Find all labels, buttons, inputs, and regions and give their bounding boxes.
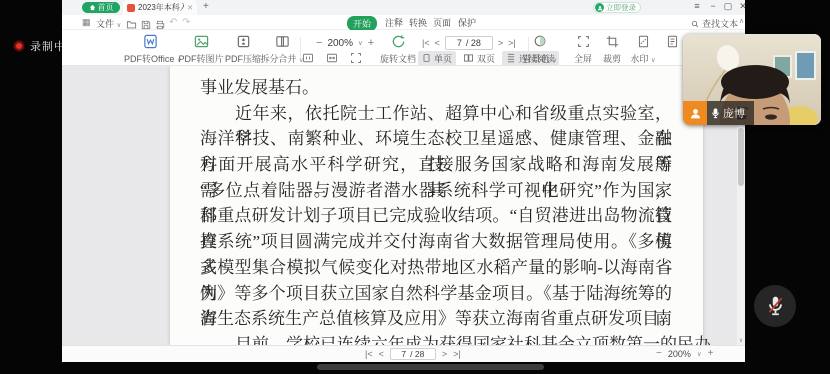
home-icon	[89, 4, 96, 11]
actual-size-icon[interactable]	[302, 52, 314, 64]
recording-dot-icon	[14, 41, 24, 51]
ribbon-tab-page[interactable]: 页面	[433, 16, 451, 29]
text-line: 多模型集合模拟气候变化对热带地区水稻产量的影响-以海南省为	[200, 255, 672, 281]
watermark-label: 水印	[630, 54, 648, 64]
toolbar: PDF转Office ∨ PDF转图片 PDF压缩 拆分合并 ∨	[62, 30, 745, 66]
double-page-button[interactable]: 双页	[459, 51, 499, 66]
find-text-button[interactable]: 查找文本	[691, 17, 738, 30]
collapse-ribbon-icon[interactable]: ∧	[739, 17, 744, 25]
recording-indicator: 录制中	[14, 38, 66, 54]
toolbar-page-navigation: |< < 7 / 28 > >|	[422, 36, 516, 50]
ribbon-tab-annotate[interactable]: 注释	[385, 16, 403, 29]
login-button[interactable]: 立即登录	[593, 2, 641, 13]
pdf-to-office-label: PDF转Office	[124, 54, 174, 64]
double-page-label: 双页	[477, 52, 495, 65]
ribbon-tab-start[interactable]: 开始	[347, 16, 377, 31]
text-line: 省生态系统生产总值核算及应用》等获立海南省重点研发项目。	[200, 306, 672, 332]
find-text-label: 查找文本	[702, 17, 738, 30]
text-line: 例》等多个项目获立国家自然科学基金项目。《基于陆海统筹的海南	[200, 281, 672, 307]
tab-home-label: 首页	[98, 2, 114, 13]
pdf-to-office-icon	[124, 33, 176, 49]
text-line: 真系统”项目圆满完成并交付海南省大数据管理局使用。《多模式-	[200, 229, 672, 255]
total-pages: / 28	[466, 38, 481, 48]
rotate-document-icon	[372, 33, 424, 49]
page-text: 事业发展基石。 近年来，依托院士工作站、超算中心和省级重点实验室，学校在 海洋科…	[200, 75, 672, 345]
zoom-level[interactable]: 200%	[327, 38, 353, 49]
text-line: 事业发展基石。	[200, 75, 672, 101]
host-badge-icon	[683, 101, 707, 125]
file-menu[interactable]: 文件 ∨	[96, 17, 121, 30]
taskbar-hint	[317, 364, 544, 370]
pdf-app-window: 首页 2023年本科入学… ✕ + 立即登录 ≡ − ▢ ✕ ▦ 文件	[62, 0, 745, 362]
participant-name-bar: 庞博	[707, 101, 754, 125]
chevron-down-icon: ∨	[651, 57, 656, 64]
restore-icon[interactable]: ▢	[722, 1, 734, 12]
text-line: 方面开展高水平科学研究，直接服务国家战略和海南发展所需。其中，	[200, 152, 672, 178]
text-line: “多位点着陆器与漫游者潜水器系统科学可视化研究”作为国家科技	[200, 178, 672, 204]
pdf-to-office-button[interactable]: PDF转Office ∨	[124, 33, 176, 65]
zoom-level[interactable]: 200%	[668, 349, 691, 359]
double-page-icon	[463, 53, 474, 65]
main-menu-grid-icon[interactable]: ▦	[82, 17, 91, 28]
single-page-label: 单页	[434, 52, 452, 65]
next-page-button[interactable]: >	[498, 38, 503, 48]
tab-document[interactable]: 2023年本科入学… ✕	[123, 0, 197, 15]
pdf-file-icon	[127, 4, 135, 12]
window-menu-icon[interactable]: ≡	[691, 1, 703, 11]
rotate-document-button[interactable]: 旋转文档	[372, 33, 424, 65]
close-window-icon[interactable]: ✕	[737, 1, 745, 12]
fit-controls	[302, 52, 362, 64]
minimize-icon[interactable]: −	[707, 1, 719, 11]
close-tab-icon[interactable]: ✕	[187, 4, 193, 12]
current-page: 7	[401, 349, 406, 359]
chevron-down-icon: ∨	[117, 22, 122, 29]
fit-page-icon[interactable]	[350, 52, 362, 64]
document-viewport[interactable]: 事业发展基石。 近年来，依托院士工作站、超算中心和省级重点实验室，学校在 海洋科…	[62, 66, 745, 345]
new-tab-button[interactable]: +	[203, 1, 209, 12]
ribbon-tab-convert[interactable]: 转换	[409, 16, 427, 29]
search-icon	[691, 20, 699, 28]
app-tab-bar: 首页 2023年本科入学… ✕ + 立即登录 ≡ − ▢ ✕	[62, 0, 745, 15]
zoom-dropdown-icon[interactable]: ∨	[358, 39, 363, 47]
current-page: 7	[457, 38, 462, 48]
menu-bar: ▦ 文件 ∨ ↶ ↷ 开始 注释 转换 页面 保护 查找文本	[62, 15, 745, 30]
mute-microphone-button[interactable]	[754, 285, 796, 327]
status-bar: |< < 7 / 28 > >| − 200% ∨ +	[62, 345, 745, 362]
text-line: 近年来，依托院士工作站、超算中心和省级重点实验室，学校在	[200, 101, 672, 127]
statusbar-page-navigation: |< < 7 / 28 > >|	[365, 348, 461, 360]
mic-muted-icon	[766, 295, 785, 317]
background-color-label: 背景色	[523, 54, 550, 64]
file-menu-label: 文件	[96, 19, 114, 29]
previous-page-button[interactable]: <	[435, 38, 440, 48]
statusbar-zoom-controls: − 200% ∨ +	[656, 348, 713, 359]
avatar-icon	[595, 3, 604, 12]
recording-label: 录制中	[30, 38, 66, 54]
text-line: 部重点研发计划子项目已完成验收结项。“自贸港进出岛物流管控仿	[200, 203, 672, 229]
fit-width-icon[interactable]	[326, 52, 338, 64]
total-pages: / 28	[410, 349, 424, 359]
single-page-button[interactable]: 单页	[418, 51, 456, 66]
text-line: 海洋科技、南繁种业、环境生态、卫星遥感、健康管理、金融科技等	[200, 126, 672, 152]
zoom-controls: − 200% ∨ +	[316, 37, 374, 49]
zoom-in-button[interactable]: +	[708, 348, 714, 359]
split-merge-label: 拆分合并	[260, 54, 296, 64]
redo-icon[interactable]: ↷	[182, 17, 190, 28]
participant-badge: 庞博	[683, 101, 754, 125]
toolbar-divider	[300, 37, 301, 59]
zoom-out-button[interactable]: −	[656, 348, 662, 359]
next-page-button[interactable]: >	[442, 349, 447, 359]
last-page-button[interactable]: >|	[453, 349, 461, 359]
tab-home[interactable]: 首页	[82, 2, 120, 13]
previous-page-button[interactable]: <	[379, 349, 384, 359]
page-number-input[interactable]: 7 / 28	[445, 36, 493, 50]
login-label: 立即登录	[606, 2, 636, 13]
single-page-icon	[422, 53, 431, 65]
undo-icon[interactable]: ↶	[169, 17, 177, 28]
zoom-dropdown-icon[interactable]: ∨	[697, 350, 702, 358]
first-page-button[interactable]: |<	[365, 349, 373, 359]
tab-document-title: 2023年本科入学…	[138, 2, 184, 13]
webcam-tile[interactable]: 庞博	[683, 34, 821, 125]
participant-name: 庞博	[723, 105, 745, 121]
first-page-button[interactable]: |<	[422, 38, 430, 48]
text-line: 目前，学校已连续六年成为获得国家社科基金立项数第一的民办	[200, 332, 672, 345]
ribbon-tab-protect[interactable]: 保护	[458, 16, 476, 29]
rotate-document-label: 旋转文档	[372, 52, 424, 65]
screen: 录制中 首页 2023年本科入学… ✕ + 立即登录 ≡ − ▢	[0, 0, 830, 374]
scrollbar-thumb[interactable]	[738, 128, 744, 186]
page-number-input[interactable]: 7 / 28	[390, 348, 436, 360]
zoom-out-button[interactable]: −	[316, 37, 322, 49]
scroll-down-icon[interactable]: ∨	[737, 337, 745, 344]
pdf-page: 事业发展基石。 近年来，依托院士工作站、超算中心和省级重点实验室，学校在 海洋科…	[170, 66, 703, 345]
mic-icon	[711, 108, 720, 119]
